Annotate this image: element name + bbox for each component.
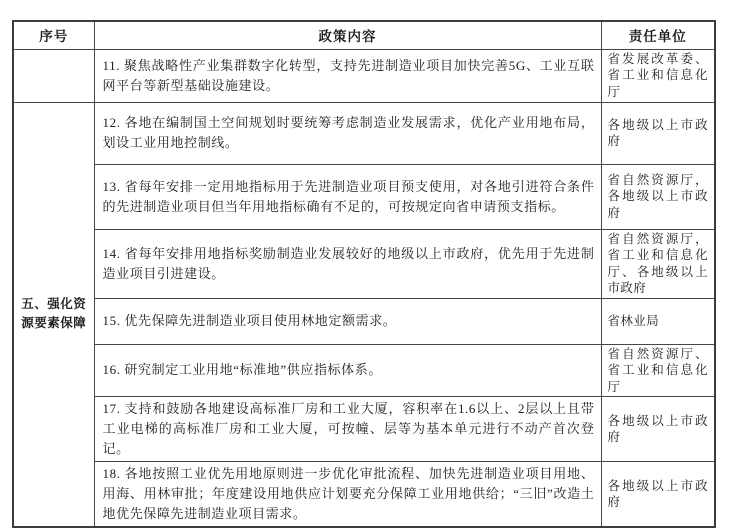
section-label-cell: 五、强化资源要素保障 (13, 102, 94, 527)
responsible-unit-cell: 各地级以上市政府 (601, 397, 715, 462)
responsible-unit-cell: 各地级以上市政府 (601, 462, 715, 528)
table-row: 五、强化资源要素保障 12. 各地在编制国土空间规划时要统筹考虑制造业发展需求，… (13, 102, 715, 164)
policy-content-cell: 11. 聚焦战略性产业集群数字化转型，支持先进制造业项目加快完善5G、工业互联网… (94, 49, 601, 102)
table-row: 18. 各地按照工业优先用地原则进一步优化审批流程、加快先进制造业项目用地、用海… (13, 462, 715, 528)
table-row: 16. 研究制定工业用地“标准地”供应指标体系。 省自然资源厅、省工业和信息化厅 (13, 344, 715, 397)
table-row: 14. 省每年安排用地指标奖励制造业发展较好的地级以上市政府，优先用于先进制造业… (13, 229, 715, 298)
policy-content-cell: 13. 省每年安排一定用地指标用于先进制造业项目预支使用，对各地引进符合条件的先… (94, 164, 601, 229)
policy-table: 序号 政策内容 责任单位 11. 聚焦战略性产业集群数字化转型，支持先进制造业项… (12, 20, 716, 528)
index-cell-empty (13, 49, 94, 102)
policy-content-cell: 17. 支持和鼓励各地建设高标准厂房和工业大厦，容积率在1.6以上、2层以上且带… (94, 397, 601, 462)
responsible-unit-cell: 省自然资源厅，各地级以上市政府 (601, 164, 715, 229)
responsible-unit-cell: 省发展改革委、省工业和信息化厅 (601, 49, 715, 102)
header-cell-unit: 责任单位 (601, 21, 715, 49)
header-cell-index: 序号 (13, 21, 94, 49)
table-header-row: 序号 政策内容 责任单位 (13, 21, 715, 49)
table-row: 11. 聚焦战略性产业集群数字化转型，支持先进制造业项目加快完善5G、工业互联网… (13, 49, 715, 102)
policy-content-cell: 18. 各地按照工业优先用地原则进一步优化审批流程、加快先进制造业项目用地、用海… (94, 462, 601, 528)
policy-content-cell: 15. 优先保障先进制造业项目使用林地定额需求。 (94, 298, 601, 344)
header-cell-content: 政策内容 (94, 21, 601, 49)
policy-content-cell: 14. 省每年安排用地指标奖励制造业发展较好的地级以上市政府，优先用于先进制造业… (94, 229, 601, 298)
responsible-unit-cell: 各地级以上市政府 (601, 102, 715, 164)
responsible-unit-cell: 省自然资源厅、省工业和信息化厅 (601, 344, 715, 397)
table-row: 13. 省每年安排一定用地指标用于先进制造业项目预支使用，对各地引进符合条件的先… (13, 164, 715, 229)
table-row: 17. 支持和鼓励各地建设高标准厂房和工业大厦，容积率在1.6以上、2层以上且带… (13, 397, 715, 462)
table-row: 15. 优先保障先进制造业项目使用林地定额需求。 省林业局 (13, 298, 715, 344)
policy-content-cell: 12. 各地在编制国土空间规划时要统筹考虑制造业发展需求，优化产业用地布局，划设… (94, 102, 601, 164)
policy-content-cell: 16. 研究制定工业用地“标准地”供应指标体系。 (94, 344, 601, 397)
responsible-unit-cell: 省林业局 (601, 298, 715, 344)
responsible-unit-cell: 省自然资源厅，省工业和信息化厅、各地级以上市政府 (601, 229, 715, 298)
